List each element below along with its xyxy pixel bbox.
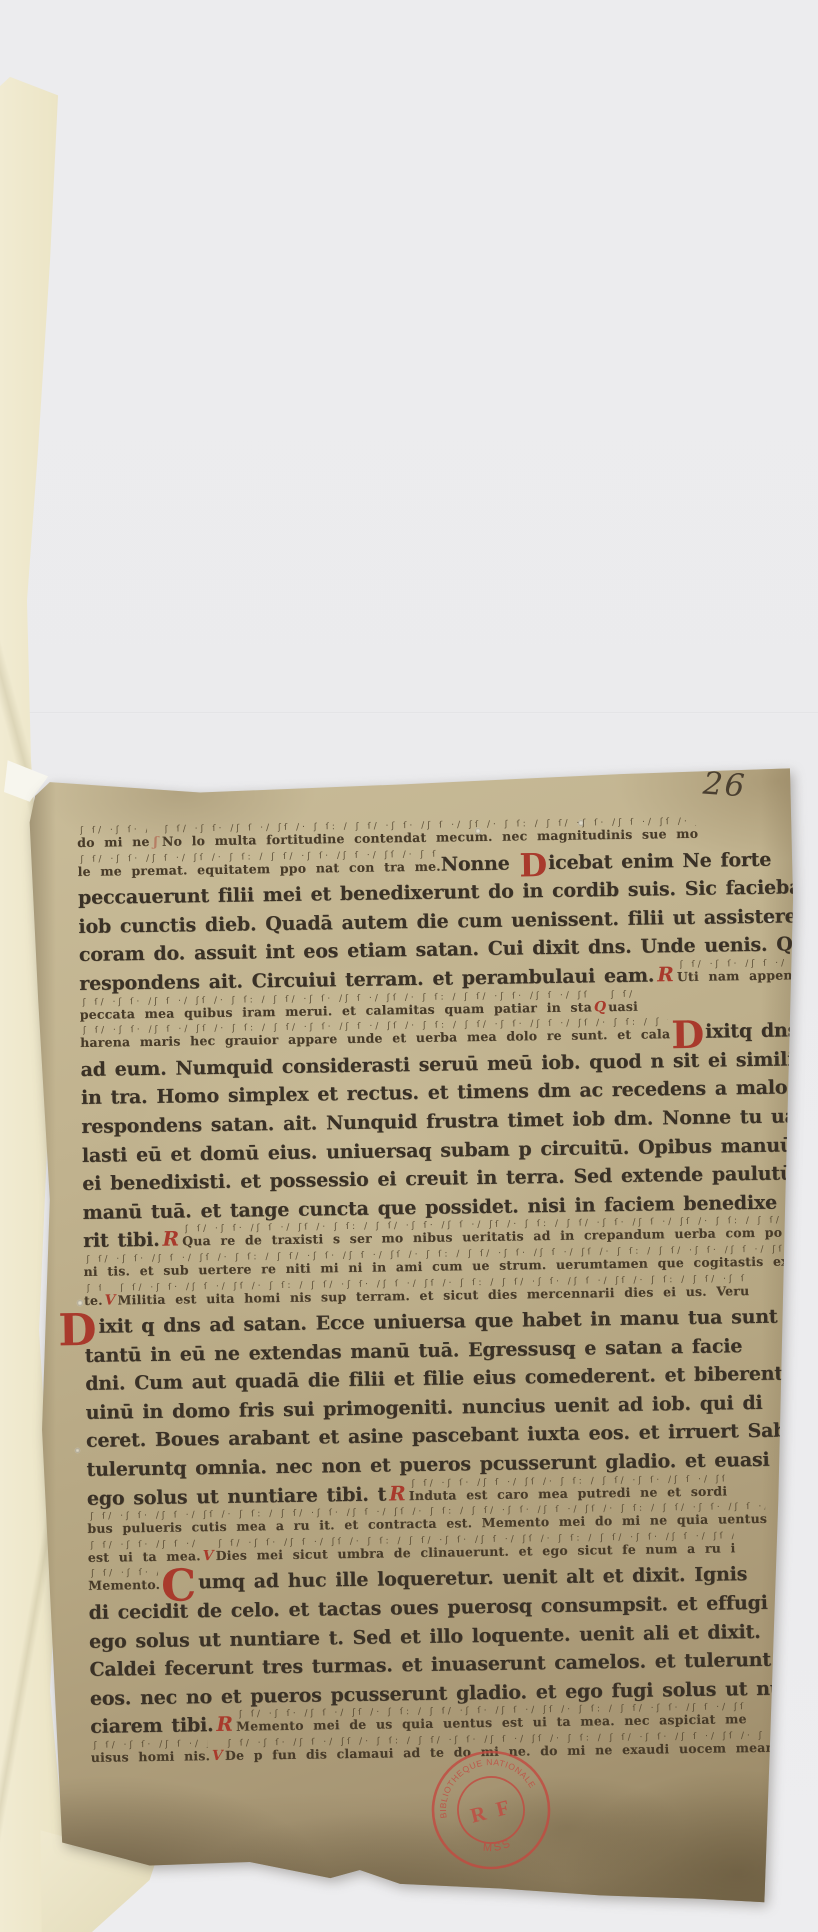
parchment-leaf-wrapper: 26 ʃ ſ∕ ·ʃ ſ· ∕ʃ ſ ·∕ ʃſ ∕· ʃ ſ: ∕ ʃ ſ∕ … — [0, 0, 818, 1932]
neumes: ʃ ſ∕ ·ʃ ſ· ∕ʃ ſ ·∕ ʃſ ∕· ʃ ſ: ∕ ʃ ſ∕ ·ʃ … — [94, 1739, 208, 1752]
neumes: ʃ ſ∕ ·ʃ ſ· ∕ʃ ſ ·∕ ʃſ ∕· ʃ ſ: ∕ ʃ ſ∕ ·ʃ … — [87, 1283, 101, 1294]
neumes: ʃ ſ∕ ·ʃ ſ· ∕ʃ ſ ·∕ ʃſ ∕· ʃ ſ: ∕ ʃ ſ∕ ·ʃ … — [611, 989, 636, 1000]
manuscript-photo: { "page": { "background_color": "#ececee… — [0, 0, 818, 1932]
parchment-leaf: 26 ʃ ſ∕ ·ʃ ſ· ∕ʃ ſ ·∕ ʃſ ∕· ʃ ſ: ∕ ʃ ſ∕ … — [25, 758, 800, 1908]
text-lines: ʃ ſ∕ ·ʃ ſ· ∕ʃ ſ ·∕ ʃſ ∕· ʃ ſ: ∕ ʃ ſ∕ ·ʃ … — [77, 818, 785, 1772]
parchment-hole — [75, 1448, 80, 1453]
stamp-bottom-text: MSS — [480, 1835, 515, 1858]
stamp-center-initials: R F — [468, 1794, 515, 1828]
neumes: ʃ ſ∕ ·ʃ ſ· ∕ʃ ſ ·∕ ʃſ ∕· ʃ ſ: ∕ ʃ ſ∕ ·ʃ … — [91, 1539, 199, 1552]
neumes: ʃ ſ∕ ·ʃ ſ· ∕ʃ ſ ·∕ ʃſ ∕· ʃ ſ: ∕ ʃ ſ∕ ·ʃ … — [91, 1568, 158, 1580]
folio-number: 26 — [702, 766, 774, 807]
neumes: ʃ ſ∕ ·ʃ ſ· ∕ʃ ſ ·∕ ʃſ ∕· ʃ ſ: ∕ ʃ ſ∕ ·ʃ … — [680, 957, 818, 971]
neumes: ʃ ſ∕ ·ʃ ſ· ∕ʃ ſ ·∕ ʃſ ∕· ʃ ſ: ∕ ʃ ſ∕ ·ʃ … — [80, 825, 148, 837]
